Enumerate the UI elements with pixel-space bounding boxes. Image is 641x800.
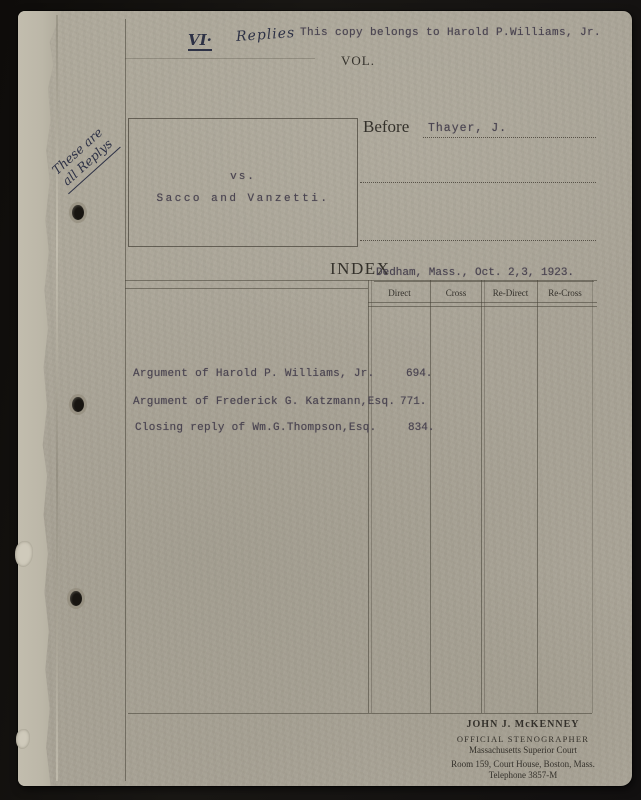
handwritten-volume-numeral: VI· <box>188 31 212 51</box>
col-rule-description <box>368 280 369 713</box>
index-entry-description: Closing reply of Wm.G.Thompson,Esq. <box>135 422 377 434</box>
handwritten-volume-word: Replies <box>236 25 296 45</box>
column-header-redirect: Re-Direct <box>484 288 537 298</box>
index-date: Dedham, Mass., Oct. 2,3, 1923. <box>376 267 574 279</box>
header-bottom-rule1 <box>368 302 597 303</box>
case-versus: vs. <box>230 171 256 183</box>
column-header-recross: Re-Cross <box>538 288 592 298</box>
judge-name: Thayer, J. <box>428 122 507 135</box>
stenographer-name: JOHN J. McKENNEY <box>418 719 628 730</box>
top-faint-rule <box>125 58 315 59</box>
photo-backdrop: This copy belongs to Harold P.Williams, … <box>0 0 641 800</box>
column-header-direct: Direct <box>369 288 430 298</box>
column-header-cross: Cross <box>431 288 481 298</box>
description-top-rule2 <box>125 288 368 289</box>
document-page: This copy belongs to Harold P.Williams, … <box>18 11 632 786</box>
case-party2: Sacco and Vanzetti. <box>157 193 330 205</box>
index-entry-page: 771. <box>400 396 426 408</box>
stenographer-block: JOHN J. McKENNEY OFFICIAL STENOGRAPHER M… <box>418 719 628 780</box>
crease-line <box>56 15 58 781</box>
col-rule-redirect <box>537 280 538 713</box>
before-line-3 <box>360 240 596 241</box>
ownership-note: This copy belongs to Harold P.Williams, … <box>300 27 601 39</box>
header-bottom-rule2 <box>368 306 597 307</box>
before-line-2 <box>360 182 596 183</box>
punch-hole-bottom <box>70 591 82 606</box>
punch-hole-middle <box>72 397 84 412</box>
col-rule-cross-2 <box>484 280 485 713</box>
index-entry-description: Argument of Frederick G. Katzmann,Esq. <box>133 396 395 408</box>
col-rule-description-2 <box>371 280 372 713</box>
col-rule-cross <box>481 280 482 713</box>
punch-hole-top <box>72 205 84 220</box>
stenographer-title: OFFICIAL STENOGRAPHER <box>418 734 628 744</box>
left-margin-rule <box>125 19 126 781</box>
stenographer-court: Massachusetts Superior Court <box>418 745 628 755</box>
table-top-rule <box>125 280 597 281</box>
index-entry-page: 834. <box>408 422 434 434</box>
col-rule-direct <box>430 280 431 713</box>
case-box: vs. Sacco and Vanzetti. <box>128 118 358 247</box>
volume-label: VOL. <box>341 53 375 69</box>
index-entry-page: 694. <box>406 368 432 380</box>
table-bottom-rule <box>128 713 592 714</box>
stenographer-address: Room 159, Court House, Boston, Mass. <box>418 759 628 769</box>
before-label: Before <box>363 117 409 137</box>
index-entry-description: Argument of Harold P. Williams, Jr. <box>133 368 375 380</box>
before-line-1 <box>423 137 596 138</box>
stenographer-telephone: Telephone 3857-M <box>418 770 628 780</box>
col-rule-recross <box>592 280 593 713</box>
